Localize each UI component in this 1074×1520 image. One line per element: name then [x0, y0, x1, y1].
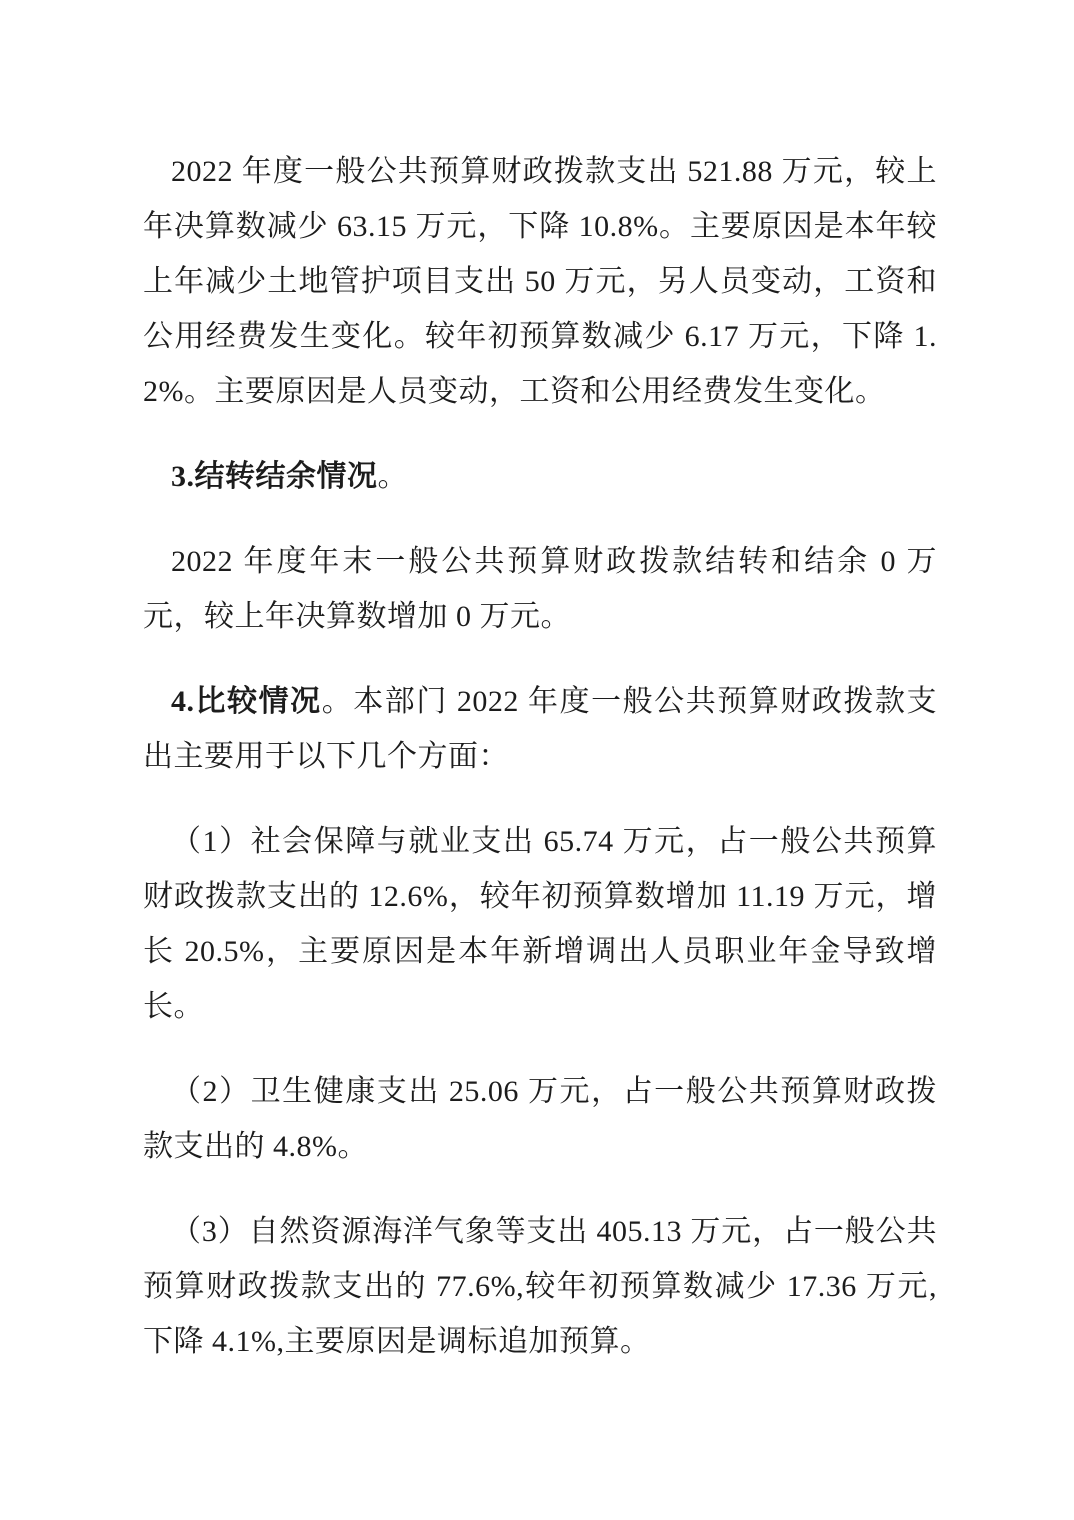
paragraph-carryover-detail: 2022 年度年末一般公共预算财政拨款结转和结余 0 万元，较上年决算数增加 0… [143, 534, 937, 644]
paragraph-item-1-social-security: （1）社会保障与就业支出 65.74 万元，占一般公共预算财政拨款支出的 12.… [143, 814, 937, 1034]
section-heading-carryover-number-title: 3.结转结余情况 [171, 460, 378, 493]
paragraph-expenditure-summary: 2022 年度一般公共预算财政拨款支出 521.88 万元，较上年决算数减少 6… [143, 144, 937, 419]
paragraph-item-2-health: （2）卫生健康支出 25.06 万元，占一般公共预算财政拨款支出的 4.8%。 [143, 1064, 937, 1174]
section-heading-comparison: 4.比较情况。本部门 2022 年度一般公共预算财政拨款支出主要用于以下几个方面… [143, 674, 937, 784]
section-heading-comparison-number-title: 4.比较情况 [171, 685, 322, 718]
document-content: 2022 年度一般公共预算财政拨款支出 521.88 万元，较上年决算数减少 6… [0, 0, 1074, 1369]
section-heading-carryover: 3.结转结余情况。 [143, 449, 937, 504]
paragraph-item-3-natural-resources: （3）自然资源海洋气象等支出 405.13 万元，占一般公共预算财政拨款支出的 … [143, 1204, 937, 1369]
section-heading-carryover-period: 。 [378, 460, 409, 493]
document-page: 2022 年度一般公共预算财政拨款支出 521.88 万元，较上年决算数减少 6… [0, 0, 1074, 1520]
